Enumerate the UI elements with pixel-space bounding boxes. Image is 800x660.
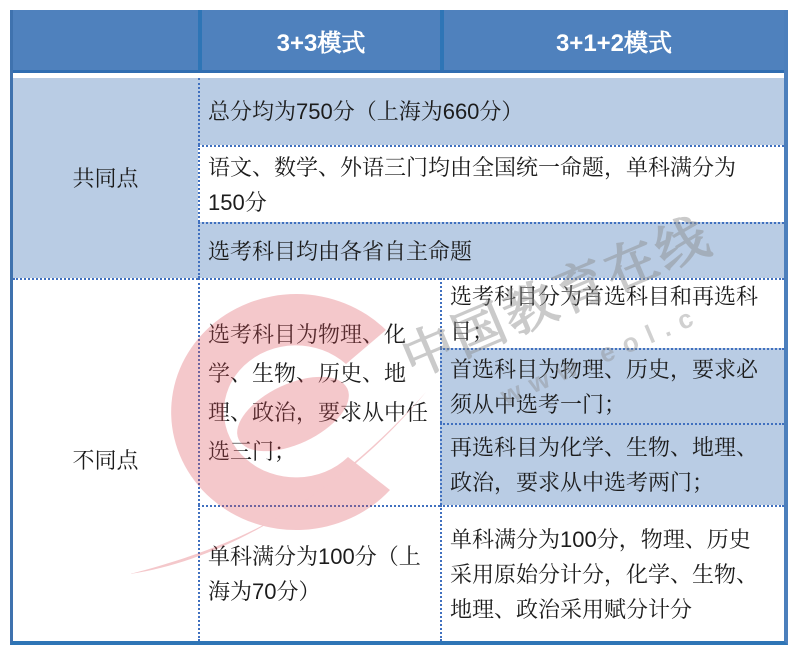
diff-3plus1plus2-score: 单科满分为100分，物理、历史采用原始分计分，化学、生物、地理、政治采用赋分计分 bbox=[440, 505, 784, 641]
header-mode-3plus3: 3+3模式 bbox=[198, 10, 440, 70]
table-body: 共同点 总分均为750分（上海为660分） 语文、数学、外语三门均由全国统一命题… bbox=[13, 78, 784, 641]
comparison-table: 3+3模式 3+1+2模式 共同点 总分均为750分（上海为660分） 语文、数… bbox=[10, 10, 788, 645]
common-label-text: 共同点 bbox=[72, 161, 138, 196]
diff-3plus1plus2-second-choice: 再选科目为化学、生物、地理、政治，要求从中选考两门； bbox=[440, 423, 784, 505]
header-corner-cell bbox=[13, 10, 198, 70]
diff-3plus3-score: 单科满分为100分（上海为70分） bbox=[198, 505, 440, 641]
common-row-unified-exam: 语文、数学、外语三门均由全国统一命题，单科满分为150分 bbox=[198, 145, 784, 222]
diff-3plus3-subjects: 选考科目为物理、化学、生物、历史、地理、政治，要求从中任选三门； bbox=[198, 278, 440, 505]
row-label-common: 共同点 bbox=[13, 78, 198, 278]
common-row-provincial: 选考科目均由各省自主命题 bbox=[198, 222, 784, 278]
table-header-row: 3+3模式 3+1+2模式 bbox=[13, 10, 784, 73]
common-row-total-score: 总分均为750分（上海为660分） bbox=[198, 78, 784, 145]
row-label-different: 不同点 bbox=[13, 278, 198, 641]
different-label-text: 不同点 bbox=[72, 443, 138, 478]
diff-3plus1plus2-first-choice: 首选科目为物理、历史，要求必须从中选考一门； bbox=[440, 348, 784, 423]
diff-3plus1plus2-structure: 选考科目分为首选科目和再选科目； bbox=[440, 278, 784, 348]
header-mode-3plus1plus2: 3+1+2模式 bbox=[440, 10, 784, 70]
